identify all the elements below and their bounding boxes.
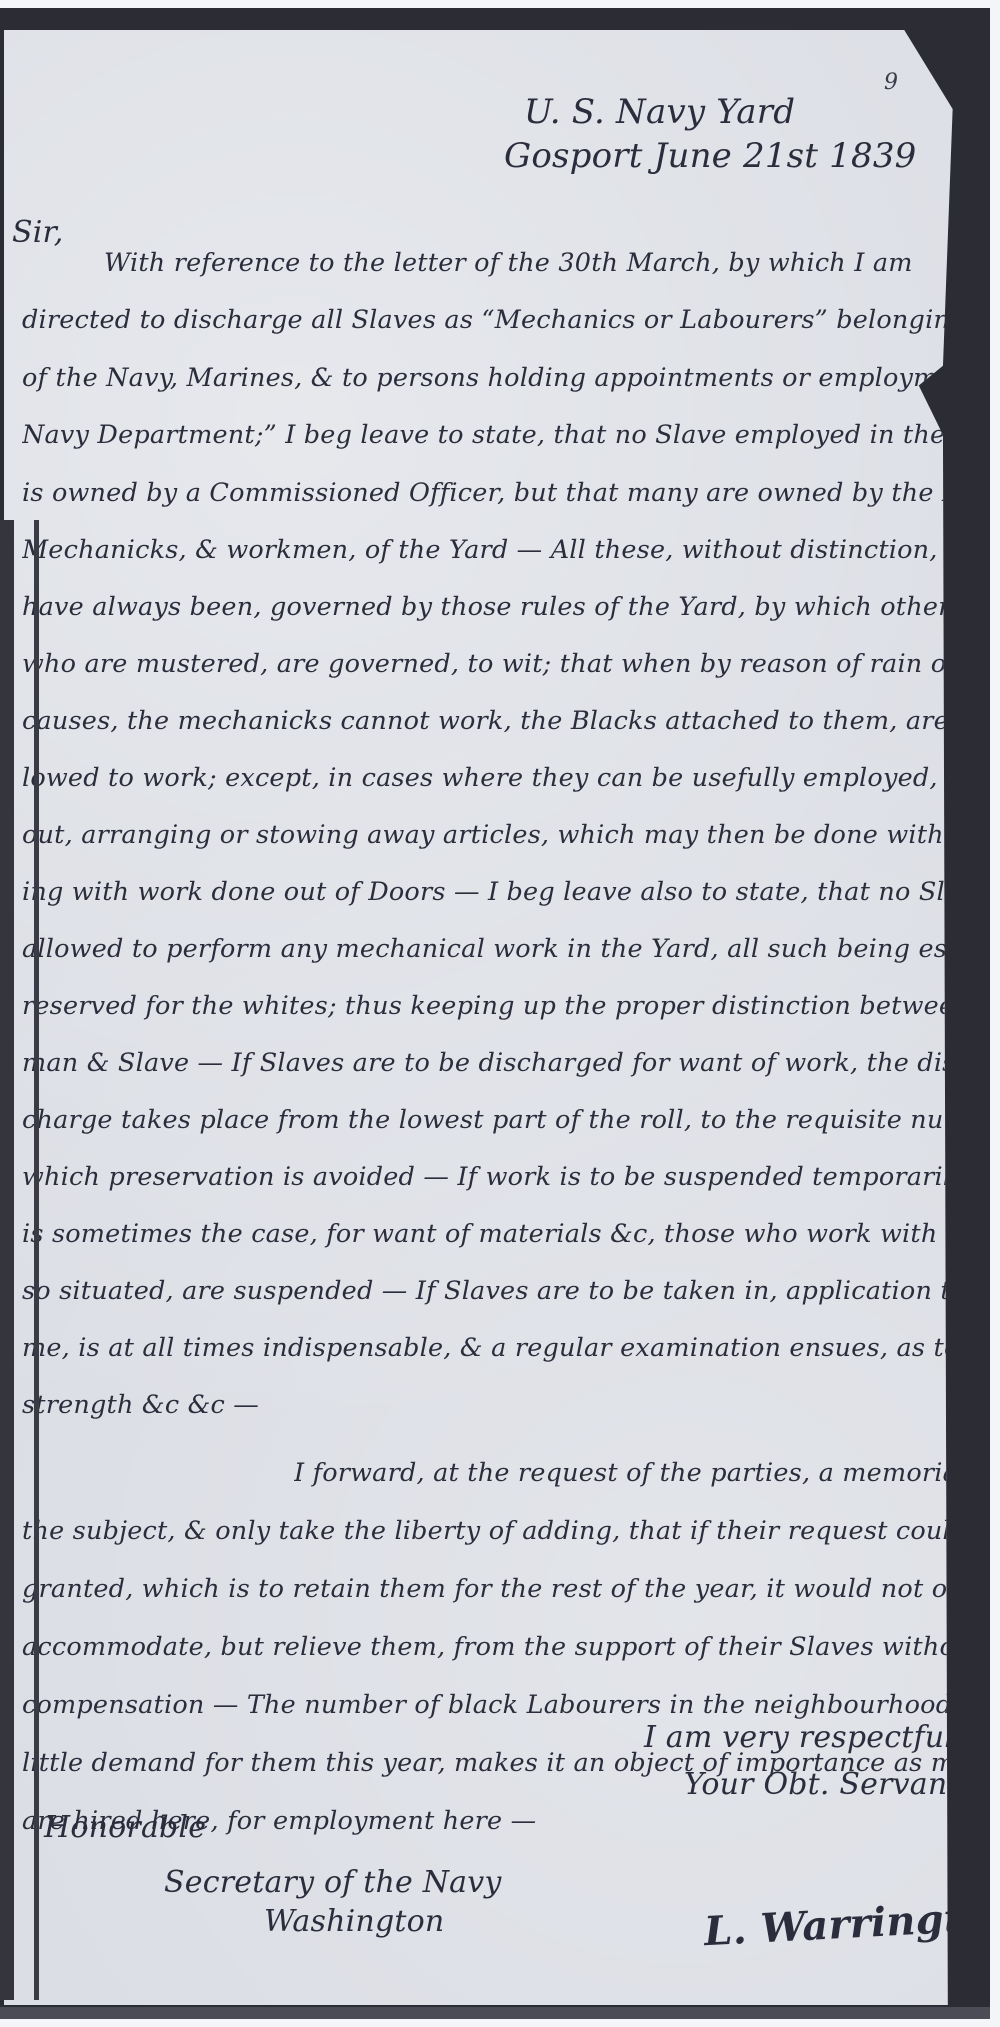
body-line: me, is at all times indispensable, & a r… bbox=[22, 1333, 972, 1363]
addressee: Honorable Secretary of the Navy Washingt… bbox=[44, 1810, 502, 1939]
addressee-location: Washington bbox=[264, 1904, 502, 1939]
body-line: charge takes place from the lowest part … bbox=[22, 1105, 972, 1135]
closing-line-1: I am very respectfully bbox=[644, 1720, 981, 1755]
bottom-frame bbox=[0, 2007, 990, 2019]
dateline-date: Gosport June 21st 1839 bbox=[504, 134, 917, 178]
body-line: lowed to work; except, in cases where th… bbox=[22, 763, 972, 793]
closing: I am very respectfully Your Obt. Servant bbox=[644, 1720, 981, 1802]
body-line: accommodate, but relieve them, from the … bbox=[22, 1632, 972, 1662]
body-line: I forward, at the request of the parties… bbox=[294, 1458, 964, 1488]
body-line: is sometimes the case, for want of mater… bbox=[22, 1219, 972, 1249]
body-line: compensation — The number of black Labou… bbox=[22, 1690, 972, 1720]
margin-rule bbox=[34, 520, 39, 2000]
body-line: have always been, governed by those rule… bbox=[22, 592, 972, 622]
body-line: so situated, are suspended — If Slaves a… bbox=[22, 1276, 972, 1306]
body-line: Navy Department;” I beg leave to state, … bbox=[22, 420, 972, 450]
body-line: the subject, & only take the liberty of … bbox=[22, 1516, 972, 1546]
body-line: Mechanicks, & workmen, of the Yard — All… bbox=[22, 535, 972, 565]
body-line: strength &c &c — bbox=[22, 1390, 972, 1420]
salutation: Sir, bbox=[12, 215, 64, 250]
body-line: With reference to the letter of the 30th… bbox=[104, 248, 1000, 278]
body-line: causes, the mechanicks cannot work, the … bbox=[22, 706, 972, 736]
addressee-office: Secretary of the Navy bbox=[164, 1865, 502, 1900]
page-edge-shadow bbox=[0, 520, 14, 2000]
addressee-title: Honorable bbox=[44, 1810, 502, 1845]
body-line: which preservation is avoided — If work … bbox=[22, 1162, 972, 1192]
dateline: U. S. Navy Yard Gosport June 21st 1839 bbox=[524, 90, 917, 178]
dateline-place: U. S. Navy Yard bbox=[524, 90, 917, 134]
body-line: of the Navy, Marines, & to persons holdi… bbox=[22, 363, 972, 393]
body-line: who are mustered, are governed, to wit; … bbox=[22, 649, 972, 679]
body-line: is owned by a Commissioned Officer, but … bbox=[22, 478, 972, 508]
body-line: reserved for the whites; thus keeping up… bbox=[22, 991, 972, 1021]
closing-line-2: Your Obt. Servant bbox=[684, 1767, 981, 1802]
body-line: granted, which is to retain them for the… bbox=[22, 1574, 972, 1604]
body-line: out, arranging or stowing away articles,… bbox=[22, 820, 972, 850]
body-line: allowed to perform any mechanical work i… bbox=[22, 934, 972, 964]
body-line: man & Slave — If Slaves are to be discha… bbox=[22, 1048, 972, 1078]
body-line: ing with work done out of Doors — I beg … bbox=[22, 877, 972, 907]
letter-page: 9 U. S. Navy Yard Gosport June 21st 1839… bbox=[4, 30, 972, 2005]
body-line: directed to discharge all Slaves as “Mec… bbox=[22, 305, 972, 335]
